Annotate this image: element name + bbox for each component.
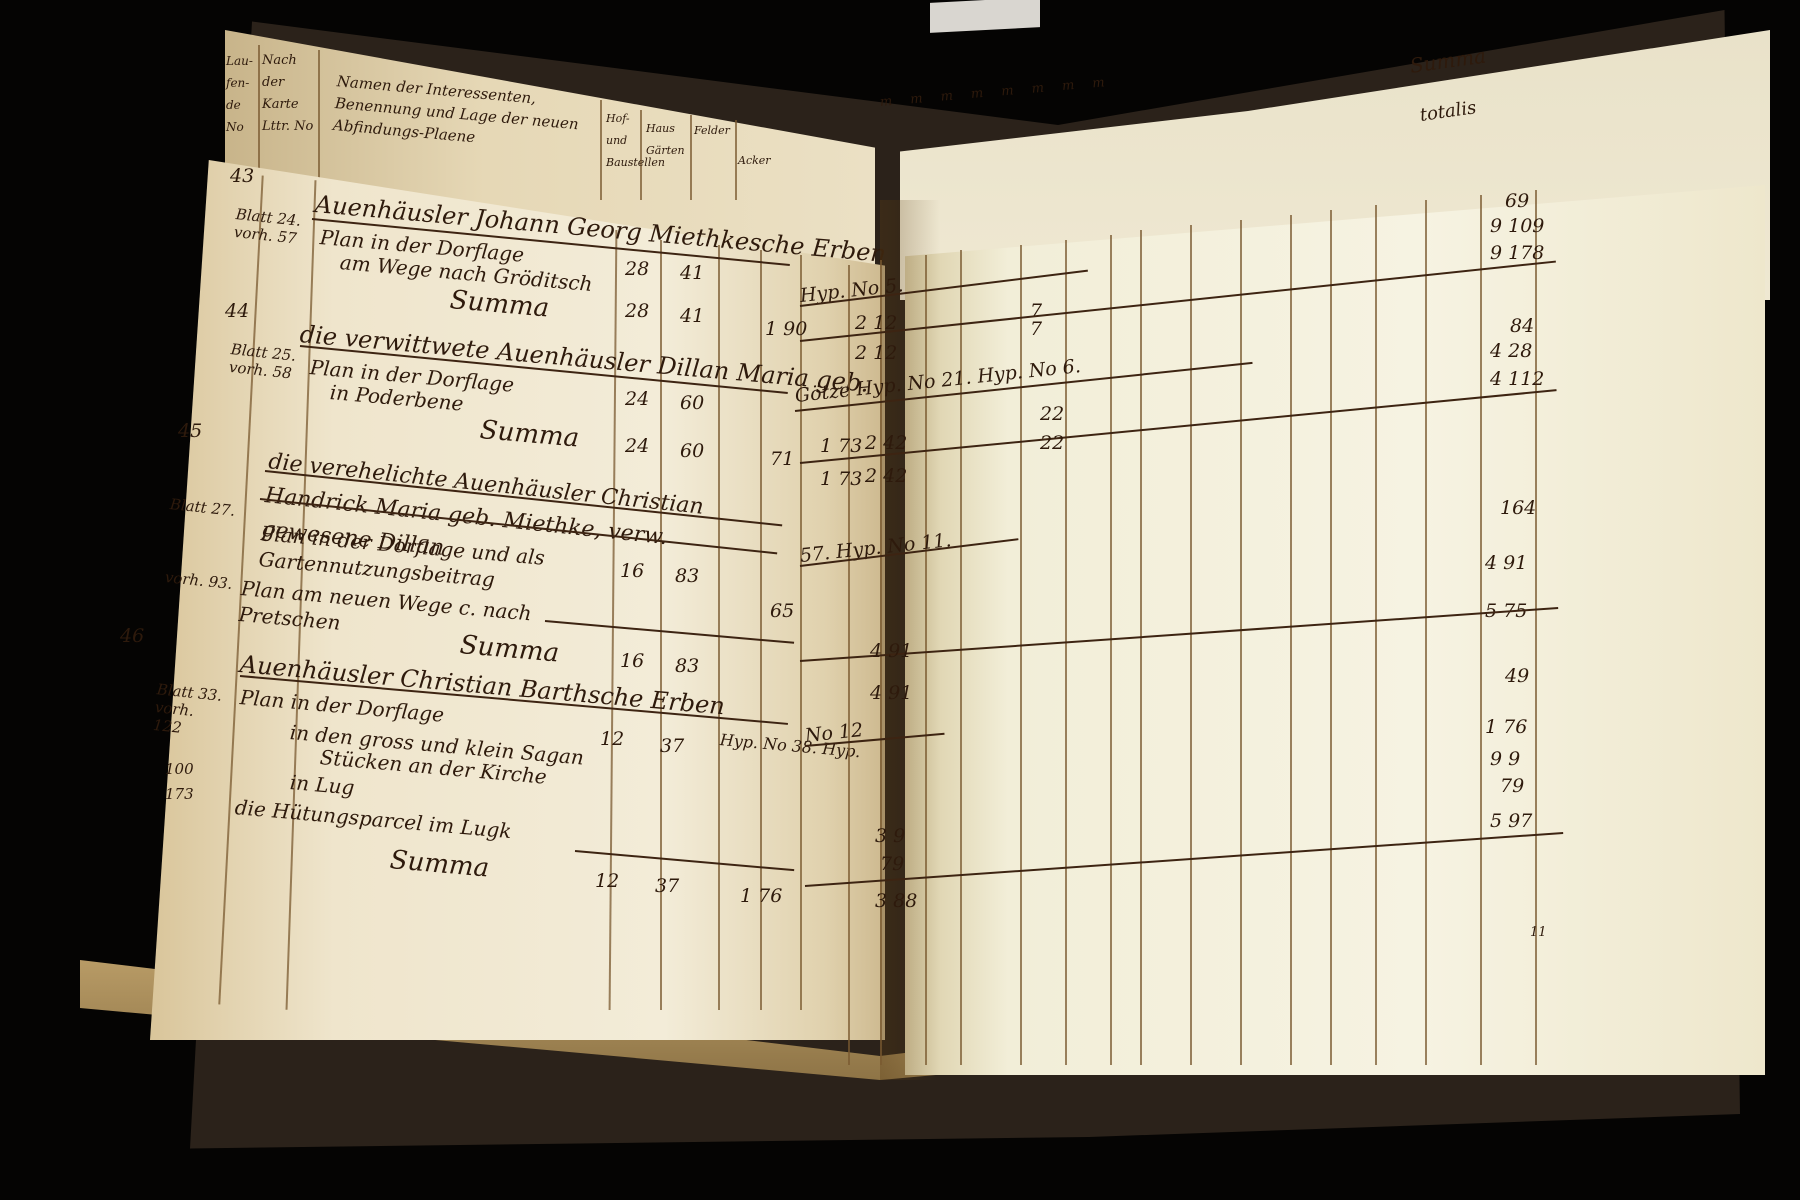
summa-value: 28 [625, 300, 649, 322]
column-rule [1480, 195, 1482, 1065]
column-rule [735, 120, 737, 200]
header-acker: Acker [738, 150, 778, 172]
summa-value: 41 [680, 305, 704, 327]
value-cell: 3 88 [875, 890, 917, 912]
entry-ref: 100 [165, 760, 194, 778]
column-rule [1375, 205, 1377, 1065]
column-rule [690, 115, 692, 200]
total-cell: 4 91 [1485, 552, 1527, 574]
total-cell: 9 9 [1490, 748, 1520, 770]
value-cell: 4 91 [870, 640, 912, 662]
value-cell: 4 91 [870, 682, 912, 704]
header-laufende-nr: Lau- fen- de No [226, 50, 256, 138]
total-cell: 164 [1500, 497, 1536, 519]
total-cell: 5 97 [1490, 810, 1532, 832]
summa-value: 60 [680, 440, 704, 462]
value-hof: 16 [620, 560, 644, 582]
value-hof: 24 [625, 388, 649, 410]
summa-value: 1 90 [765, 318, 807, 340]
total-cell: 4 112 [1490, 368, 1544, 390]
backdrop-card [930, 0, 1040, 33]
value-cell: 22 [1040, 432, 1064, 454]
value-cell: 2 42 [865, 465, 907, 487]
column-rule [318, 50, 320, 180]
value-cell: 1 73 [820, 435, 862, 457]
header-felder: Felder [694, 120, 734, 142]
header-karte: Nach der Karte Lttr. No [262, 50, 317, 138]
total-cell: 84 [1510, 315, 1534, 337]
total-cell: 1 76 [1485, 716, 1527, 738]
value-garten: 83 [675, 565, 699, 587]
summa-value: 65 [770, 600, 794, 622]
value-garten: 37 [660, 735, 684, 757]
summa-value: 37 [655, 875, 679, 897]
column-rule [1190, 225, 1192, 1065]
value-garten: 60 [680, 392, 704, 414]
entry-ref: 173 [165, 785, 194, 803]
total-cell: 49 [1505, 665, 1529, 687]
entry-ref: Blatt 24. vorh. 57 [233, 205, 306, 248]
summa-value: 1 76 [740, 885, 782, 907]
entry-ref: Blatt 33. vorh. 122 [152, 680, 227, 741]
value-hof: 28 [625, 258, 649, 280]
value-cell: 3 9 [875, 825, 905, 847]
page-number: 11 [1530, 925, 1547, 940]
column-rule [1330, 210, 1332, 1065]
entry-ref: Blatt 25. vorh. 58 [228, 340, 301, 383]
column-rule [1240, 220, 1242, 1065]
summa-value: 12 [595, 870, 619, 892]
value-cell: 1 73 [820, 468, 862, 490]
total-cell: 79 [1500, 775, 1524, 797]
column-rule [1110, 235, 1112, 1065]
total-cell: 9 109 [1490, 215, 1544, 237]
column-rule [1140, 230, 1142, 1065]
total-cell: 4 28 [1490, 340, 1532, 362]
summa-value: 71 [770, 448, 794, 470]
summa-value: 24 [625, 435, 649, 457]
value-cell: 7 [1030, 318, 1042, 340]
value-hof: 12 [600, 728, 624, 750]
total-cell: 69 [1505, 190, 1529, 212]
value-cell: 22 [1040, 403, 1064, 425]
entry-number: 45 [178, 420, 202, 442]
summa-value: 83 [675, 655, 699, 677]
header-garten: Haus Gärten [646, 118, 690, 162]
column-rule [1290, 215, 1292, 1065]
value-cell: 79 [880, 853, 904, 875]
column-rule [258, 45, 260, 175]
column-rule [1425, 200, 1427, 1065]
entry-number: 43 [230, 165, 254, 187]
entry-number: 46 [120, 625, 144, 647]
value-cell: 2 12 [855, 342, 897, 364]
total-cell: 9 178 [1490, 242, 1544, 264]
column-rule [600, 100, 602, 200]
column-rule [640, 110, 642, 200]
value-cell: 2 42 [865, 432, 907, 454]
entry-number: 44 [225, 300, 249, 322]
summa-value: 16 [620, 650, 644, 672]
value-garten: 41 [680, 262, 704, 284]
header-hof: Hof- und Baustellen [606, 108, 640, 174]
ledger-photo: Lau- fen- de No Nach der Karte Lttr. No … [0, 0, 1800, 1200]
